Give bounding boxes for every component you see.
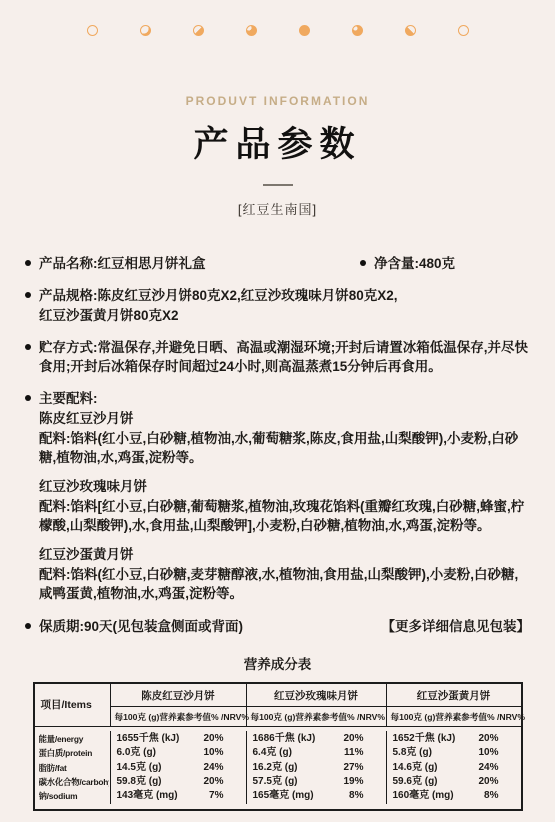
shelf-life-text: 保质期:90天(见包装盒侧面或背面) xyxy=(39,617,243,636)
value-row: 14.5克 (g)24% xyxy=(111,761,246,775)
ingredient-group: 红豆沙蛋黄月饼 配料:馅料(红小豆,白砂糖,麦芽糖醇液,水,植物油,食用盐,山梨… xyxy=(39,545,530,604)
bullet-icon xyxy=(25,260,31,266)
product-name-text: 产品名称:红豆相思月饼礼盒 xyxy=(39,254,206,273)
amount-value: 59.8克 (g) xyxy=(117,775,162,789)
nutrient-label: 能量/energy xyxy=(39,732,109,746)
nrv-value: 8% xyxy=(484,789,498,803)
nutrient-label: 碳水化合物/carbohydrate xyxy=(39,775,109,789)
nutrient-labels-column: 能量/energy 蛋白质/protein 脂肪/fat 碳水化合物/carbo… xyxy=(35,731,111,804)
nutrition-table: 项目/Items 陈皮红豆沙月饼 每100克 (g) 营养素参考值% /NRV%… xyxy=(33,682,523,811)
ingredients-label-item: 主要配料: xyxy=(25,389,530,408)
per100-label: 每100克 (g) xyxy=(391,711,436,723)
value-row: 16.2克 (g)27% xyxy=(247,761,386,775)
waxing-crescent-moon-icon xyxy=(140,25,151,36)
ingredient-product-name: 红豆沙蛋黄月饼 xyxy=(39,545,530,564)
value-row: 5.8克 (g)10% xyxy=(387,746,521,760)
new-moon-icon xyxy=(458,25,469,36)
nrv-value: 11% xyxy=(344,746,363,760)
ingredients-block: 陈皮红豆沙月饼 配料:馅料(红小豆,白砂糖,植物油,水,葡萄糖浆,陈皮,食用盐,… xyxy=(39,409,530,604)
bullet-icon xyxy=(25,623,31,629)
nrv-value: 20% xyxy=(203,775,223,789)
amount-value: 5.8克 (g) xyxy=(393,746,432,760)
nrv-value: 19% xyxy=(343,775,363,789)
ingredient-group: 红豆沙玫瑰味月饼 配料:馅料[红小豆,白砂糖,葡萄糖浆,植物油,玫瑰花馅料(重瓣… xyxy=(39,477,530,536)
product1-values-column: 1655千焦 (kJ)20% 6.0克 (g)10% 14.5克 (g)24% … xyxy=(111,731,247,804)
waxing-gibbous-moon-icon xyxy=(246,25,257,36)
nrv-value: 20% xyxy=(478,732,498,746)
value-row: 165毫克 (mg)8% xyxy=(247,789,386,803)
product2-values-column: 1686千焦 (kJ)20% 6.4克 (g)11% 16.2克 (g)27% … xyxy=(247,731,387,804)
page-subtitle: [红豆生南国] xyxy=(0,199,555,218)
ingredients-label: 主要配料: xyxy=(39,389,98,408)
nutrition-table-header: 项目/Items 陈皮红豆沙月饼 每100克 (g) 营养素参考值% /NRV%… xyxy=(35,684,521,727)
product-column-header: 红豆沙玫瑰味月饼 每100克 (g) 营养素参考值% /NRV% xyxy=(247,684,387,726)
ingredient-product-name: 红豆沙玫瑰味月饼 xyxy=(39,477,530,496)
amount-value: 14.5克 (g) xyxy=(117,761,162,775)
storage-text: 贮存方式:常温保存,并避免日晒、高温或潮湿环境;开封后请置冰箱低温保存,并尽快食… xyxy=(39,338,530,377)
shelf-life-item: 保质期:90天(见包装盒侧面或背面) xyxy=(25,617,243,636)
nutrition-table-body: 能量/energy 蛋白质/protein 脂肪/fat 碳水化合物/carbo… xyxy=(35,727,521,809)
nutrient-label: 钠/sodium xyxy=(39,789,109,803)
bullet-icon xyxy=(360,260,366,266)
bullet-icon xyxy=(25,344,31,350)
amount-value: 57.5克 (g) xyxy=(253,775,298,789)
items-header-cell: 项目/Items xyxy=(35,684,111,726)
amount-value: 1652千焦 (kJ) xyxy=(393,732,456,746)
nrv-value: 24% xyxy=(478,761,498,775)
nrv-value: 8% xyxy=(349,789,363,803)
page-title: 产品参数 xyxy=(0,117,555,167)
spec-item: 产品规格:陈皮红豆沙月饼80克X2,红豆沙玫瑰味月饼80克X2, 红豆沙蛋黄月饼… xyxy=(25,286,398,325)
bullet-icon xyxy=(25,395,31,401)
product-column-header: 陈皮红豆沙月饼 每100克 (g) 营养素参考值% /NRV% xyxy=(111,684,247,726)
bullet-icon xyxy=(25,292,31,298)
amount-value: 16.2克 (g) xyxy=(253,761,298,775)
nrv-label: 营养素参考值% /NRV% xyxy=(435,711,525,723)
shelf-life-row: 保质期:90天(见包装盒侧面或背面) 【更多详细信息见包装】 xyxy=(25,617,530,636)
net-weight-item: 净含量:480克 xyxy=(360,254,530,273)
subheader-cell: 每100克 (g) 营养素参考值% /NRV% xyxy=(387,707,521,726)
nrv-value: 10% xyxy=(203,746,223,760)
ingredient-detail: 配料:馅料[红小豆,白砂糖,葡萄糖浆,植物油,玫瑰花馅料(重瓣红玫瑰,白砂糖,蜂… xyxy=(39,497,530,536)
product-information-page: PRODUVT INFORMATION 产品参数 [红豆生南国] 产品名称:红豆… xyxy=(0,0,555,822)
nrv-value: 24% xyxy=(203,761,223,775)
spec-row: 产品规格:陈皮红豆沙月饼80克X2,红豆沙玫瑰味月饼80克X2, 红豆沙蛋黄月饼… xyxy=(25,286,530,325)
value-row: 59.6克 (g)20% xyxy=(387,775,521,789)
product-info-list: 产品名称:红豆相思月饼礼盒 净含量:480克 产品规格:陈皮红豆沙月饼80克X2… xyxy=(0,254,555,637)
value-row: 14.6克 (g)24% xyxy=(387,761,521,775)
more-info-note: 【更多详细信息见包装】 xyxy=(382,617,531,636)
product3-values-column: 1652千焦 (kJ)20% 5.8克 (g)10% 14.6克 (g)24% … xyxy=(387,731,521,804)
value-row: 1652千焦 (kJ)20% xyxy=(387,732,521,746)
value-row: 59.8克 (g)20% xyxy=(111,775,246,789)
value-row: 6.4克 (g)11% xyxy=(247,746,386,760)
amount-value: 1655千焦 (kJ) xyxy=(117,732,180,746)
amount-value: 143毫克 (mg) xyxy=(117,789,178,803)
amount-value: 59.6克 (g) xyxy=(393,775,438,789)
waning-gibbous-moon-icon xyxy=(352,25,363,36)
amount-value: 165毫克 (mg) xyxy=(253,789,314,803)
nrv-label: 营养素参考值% /NRV% xyxy=(295,711,385,723)
name-and-weight-row: 产品名称:红豆相思月饼礼盒 净含量:480克 xyxy=(25,254,530,273)
product-name-cell: 红豆沙蛋黄月饼 xyxy=(387,684,521,707)
subheader-cell: 每100克 (g) 营养素参考值% /NRV% xyxy=(247,707,386,726)
amount-value: 1686千焦 (kJ) xyxy=(253,732,316,746)
spec-text: 产品规格:陈皮红豆沙月饼80克X2,红豆沙玫瑰味月饼80克X2, 红豆沙蛋黄月饼… xyxy=(39,286,398,325)
per100-label: 每100克 (g) xyxy=(251,711,296,723)
amount-value: 160毫克 (mg) xyxy=(393,789,454,803)
product-column-header: 红豆沙蛋黄月饼 每100克 (g) 营养素参考值% /NRV% xyxy=(387,684,521,726)
ingredient-detail: 配料:馅料(红小豆,白砂糖,麦芽糖醇液,水,植物油,食用盐,山梨酸钾),小麦粉,… xyxy=(39,565,530,604)
nrv-value: 7% xyxy=(209,789,223,803)
value-row: 143毫克 (mg)7% xyxy=(111,789,246,803)
amount-value: 14.6克 (g) xyxy=(393,761,438,775)
value-row: 6.0克 (g)10% xyxy=(111,746,246,760)
moon-phase-row xyxy=(0,0,555,36)
ingredient-product-name: 陈皮红豆沙月饼 xyxy=(39,409,530,428)
nutrition-section: 营养成分表 项目/Items 陈皮红豆沙月饼 每100克 (g) 营养素参考值%… xyxy=(0,653,555,811)
new-moon-icon xyxy=(87,25,98,36)
value-row: 160毫克 (mg)8% xyxy=(387,789,521,803)
nutrient-label: 脂肪/fat xyxy=(39,761,109,775)
amount-value: 6.4克 (g) xyxy=(253,746,292,760)
nutrition-table-title: 营养成分表 xyxy=(0,653,555,673)
value-row: 1686千焦 (kJ)20% xyxy=(247,732,386,746)
storage-row: 贮存方式:常温保存,并避免日晒、高温或潮湿环境;开封后请置冰箱低温保存,并尽快食… xyxy=(25,338,530,377)
ingredient-detail: 配料:馅料(红小豆,白砂糖,植物油,水,葡萄糖浆,陈皮,食用盐,山梨酸钾),小麦… xyxy=(39,429,530,468)
last-quarter-moon-icon xyxy=(405,25,416,36)
product-name-item: 产品名称:红豆相思月饼礼盒 xyxy=(25,254,360,273)
product-name-cell: 陈皮红豆沙月饼 xyxy=(111,684,246,707)
first-quarter-moon-icon xyxy=(193,25,204,36)
storage-item: 贮存方式:常温保存,并避免日晒、高温或潮湿环境;开封后请置冰箱低温保存,并尽快食… xyxy=(25,338,530,377)
ingredient-group: 陈皮红豆沙月饼 配料:馅料(红小豆,白砂糖,植物油,水,葡萄糖浆,陈皮,食用盐,… xyxy=(39,409,530,468)
nrv-value: 20% xyxy=(343,732,363,746)
amount-value: 6.0克 (g) xyxy=(117,746,156,760)
nrv-label: 营养素参考值% /NRV% xyxy=(159,711,249,723)
nrv-value: 20% xyxy=(203,732,223,746)
per100-label: 每100克 (g) xyxy=(115,711,160,723)
nrv-value: 20% xyxy=(478,775,498,789)
title-divider xyxy=(263,184,293,186)
header: PRODUVT INFORMATION 产品参数 [红豆生南国] xyxy=(0,94,555,218)
nutrient-label: 蛋白质/protein xyxy=(39,746,109,760)
subheader-cell: 每100克 (g) 营养素参考值% /NRV% xyxy=(111,707,246,726)
ingredients-row: 主要配料: 陈皮红豆沙月饼 配料:馅料(红小豆,白砂糖,植物油,水,葡萄糖浆,陈… xyxy=(25,389,530,603)
value-row: 57.5克 (g)19% xyxy=(247,775,386,789)
nrv-value: 27% xyxy=(343,761,363,775)
full-moon-icon xyxy=(299,25,310,36)
product-name-cell: 红豆沙玫瑰味月饼 xyxy=(247,684,386,707)
section-eyebrow: PRODUVT INFORMATION xyxy=(0,94,555,108)
net-weight-text: 净含量:480克 xyxy=(374,254,455,273)
nrv-value: 10% xyxy=(478,746,498,760)
value-row: 1655千焦 (kJ)20% xyxy=(111,732,246,746)
